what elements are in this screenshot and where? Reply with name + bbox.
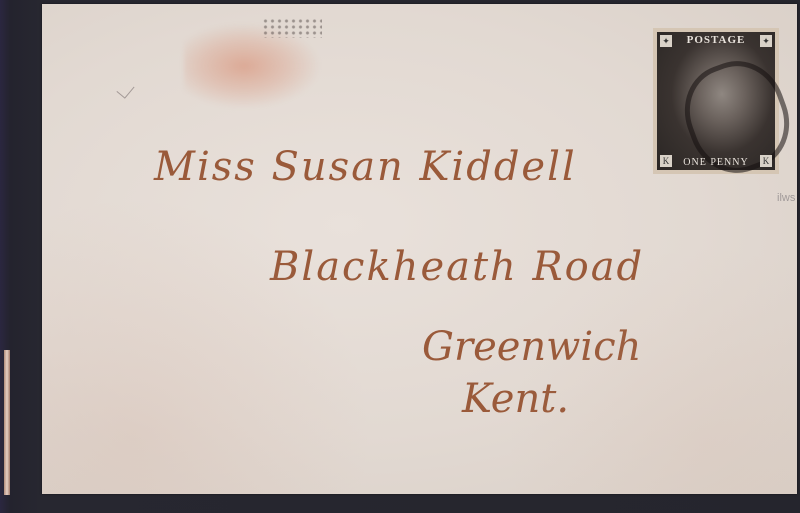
corner-star-icon: ✦ — [760, 35, 772, 47]
stamp-portrait: POSTAGE ✦ ✦ K ONE PENNY K — [657, 32, 775, 170]
address-line-street: Blackheath Road — [270, 244, 644, 290]
red-postmark — [184, 16, 334, 116]
corner-letter-right: K — [760, 155, 772, 167]
stamp-bottom-text: ONE PENNY — [657, 157, 775, 168]
address-line-county: Kent. — [462, 376, 569, 422]
address-line-name: Miss Susan Kiddell — [154, 144, 577, 190]
postmark-dots — [262, 18, 322, 38]
pencil-note: ilws — [777, 192, 795, 204]
penny-black-stamp: POSTAGE ✦ ✦ K ONE PENNY K — [653, 28, 779, 174]
stamp-top-text: POSTAGE — [657, 34, 775, 46]
check-mark-icon — [116, 80, 134, 99]
page-edge-strip — [4, 350, 10, 495]
corner-star-icon: ✦ — [660, 35, 672, 47]
address-line-town: Greenwich — [422, 324, 641, 370]
